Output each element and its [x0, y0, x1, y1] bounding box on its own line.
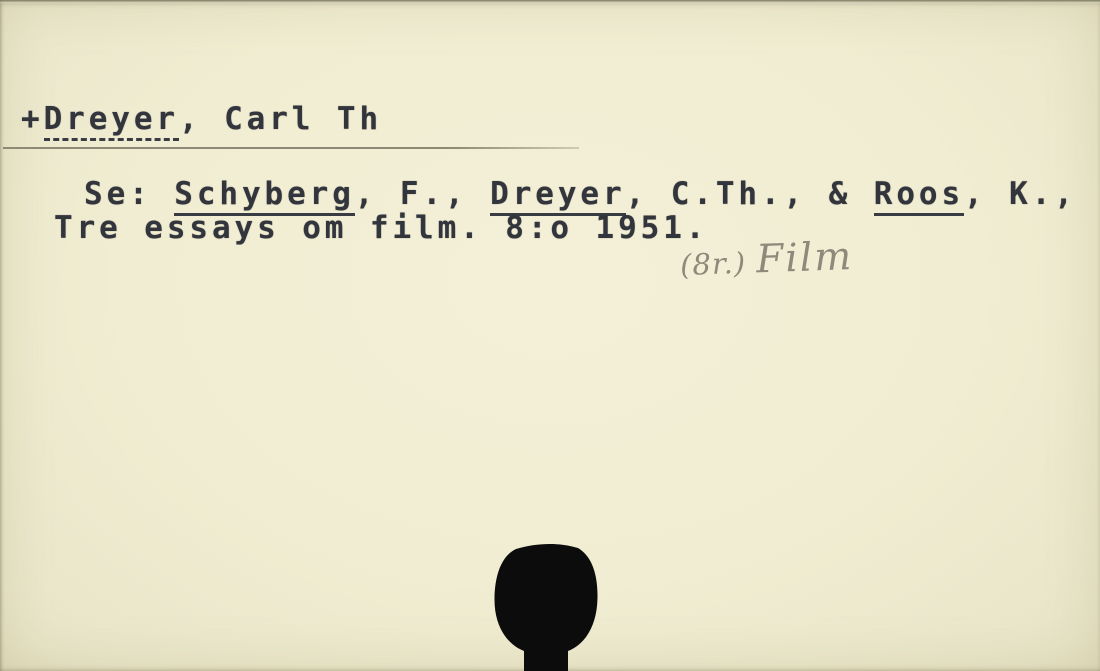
reference-rest-3: , K.,: [964, 176, 1077, 212]
heading-prefix: +: [21, 101, 44, 137]
heading-author-rest: , Carl Th: [179, 101, 382, 137]
see-reference-intro: Se:: [84, 176, 174, 212]
annotation-subject-word: Film: [755, 234, 854, 282]
library-catalog-card: +Dreyer, Carl Th Se: Schyberg, F., Dreye…: [0, 0, 1100, 671]
heading-author-name: Dreyer: [44, 101, 179, 141]
reference-rest-1: , F.,: [355, 176, 490, 212]
heading-line: +Dreyer, Carl Th: [21, 101, 382, 137]
title-line: Tre essays om film. 8:o 1951.: [54, 210, 708, 246]
reference-name-roos: Roos: [874, 176, 964, 216]
reference-rest-2: , C.Th., &: [626, 176, 874, 212]
see-reference-line: Se: Schyberg, F., Dreyer, C.Th., & Roos,…: [84, 176, 1077, 212]
handwritten-annotation: (8r.) Film: [679, 234, 854, 285]
heading-rule-line: [3, 147, 579, 149]
card-top-edge: [0, 0, 1100, 4]
annotation-format-note: (8r.): [680, 245, 757, 282]
